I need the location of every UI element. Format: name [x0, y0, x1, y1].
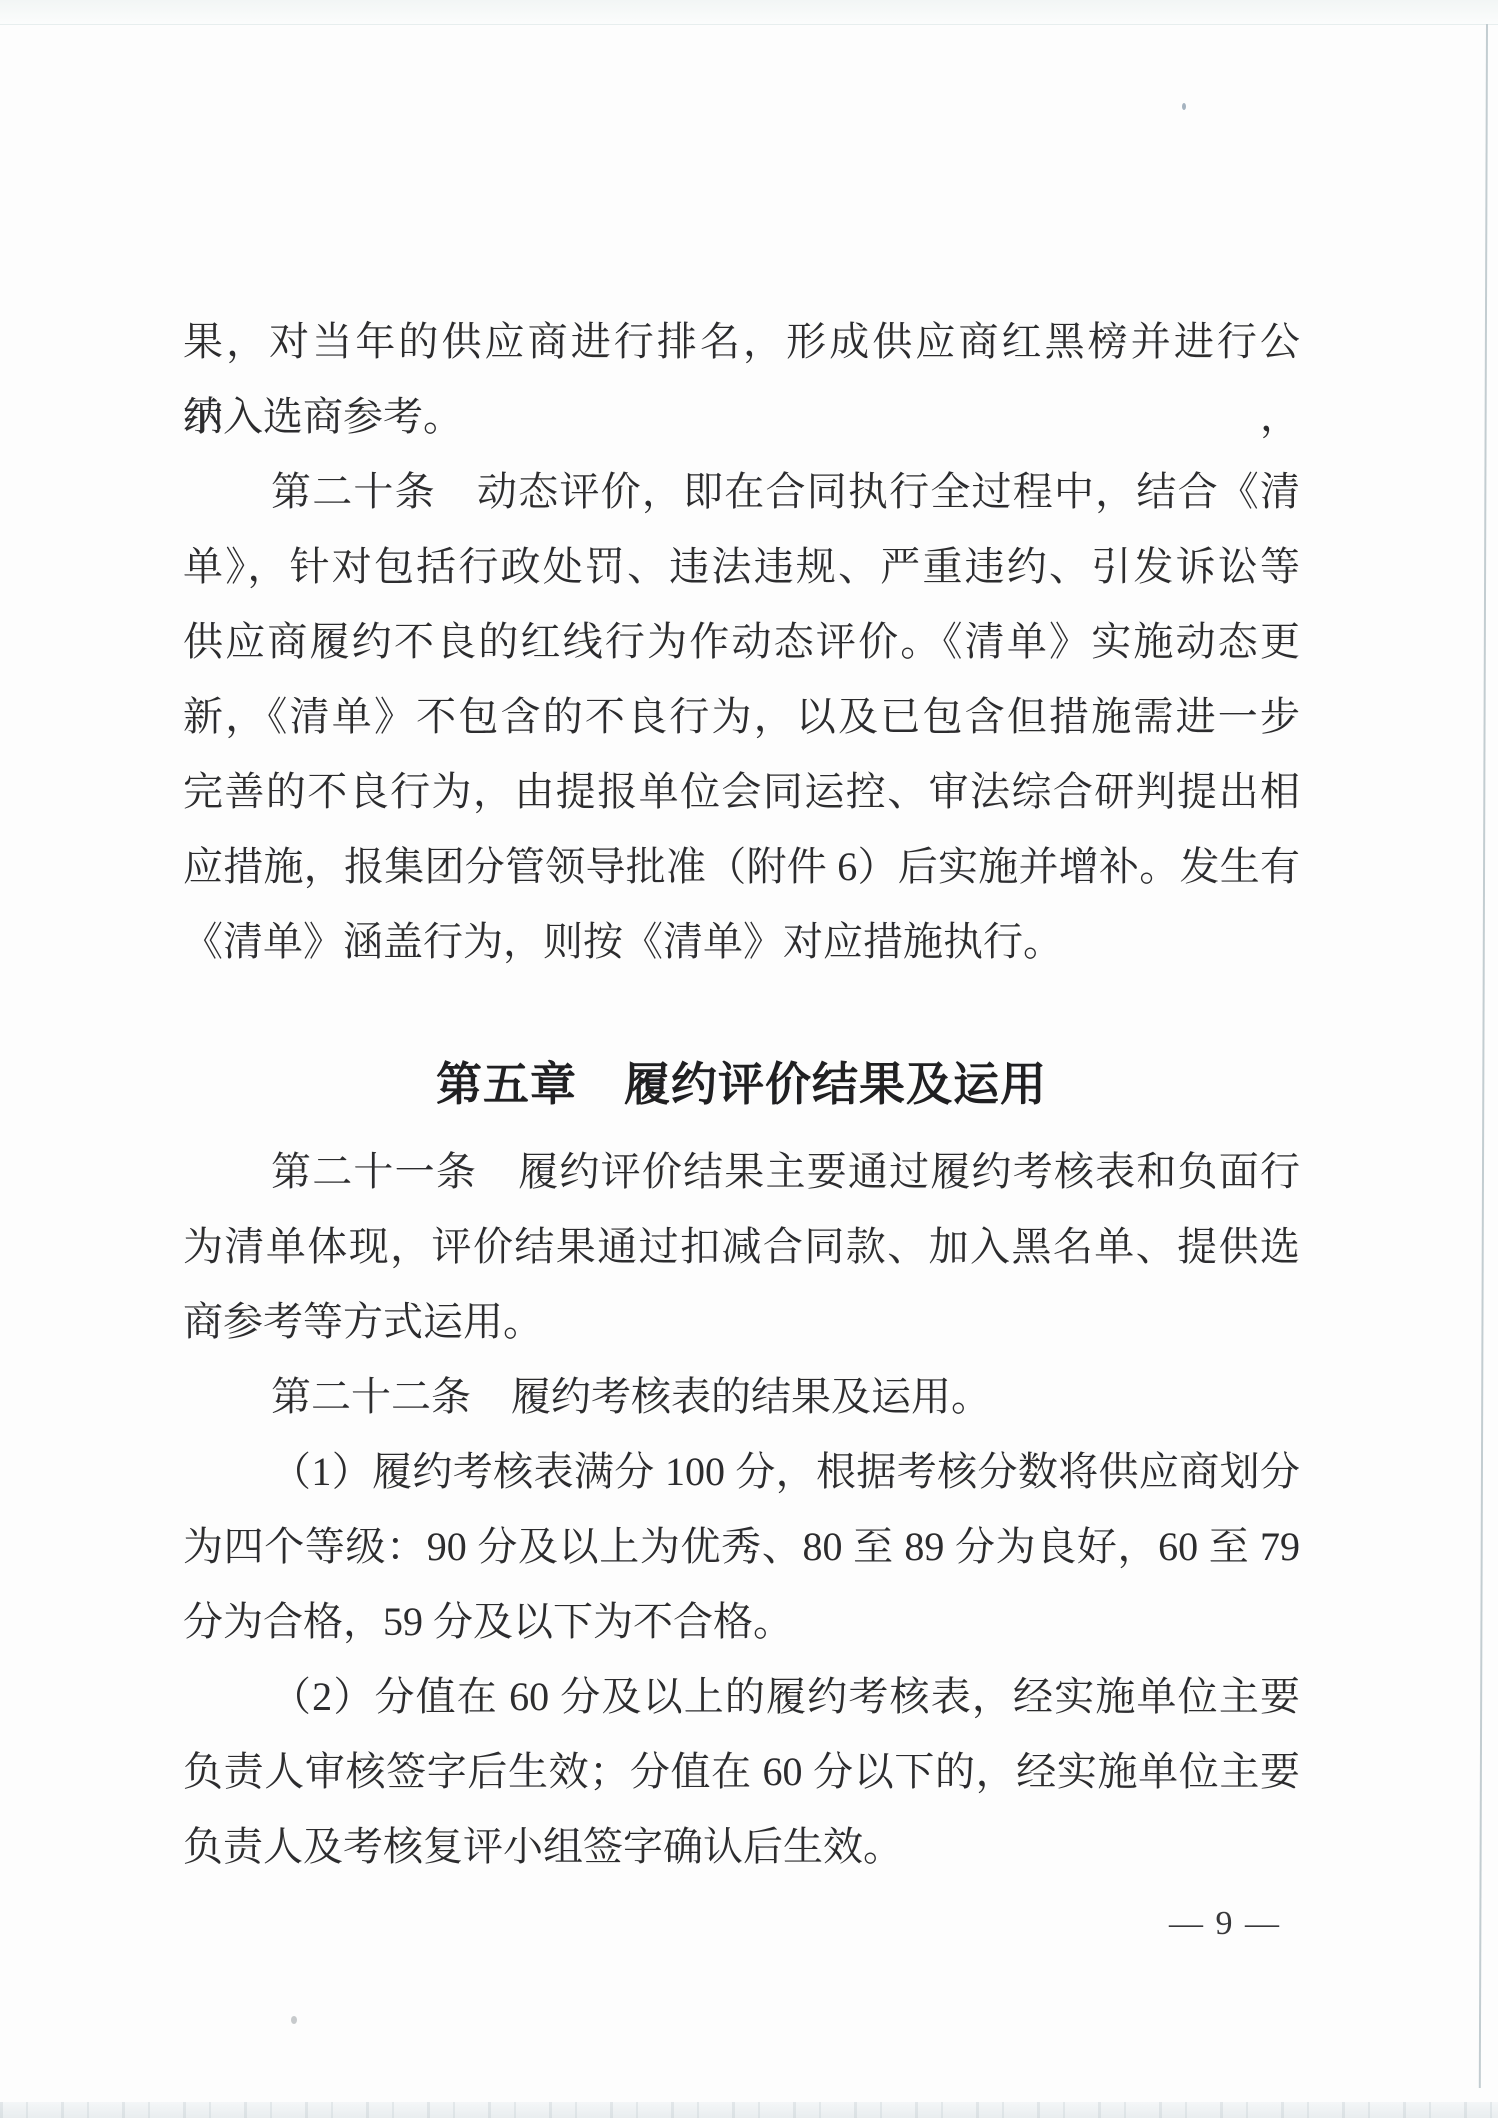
- text-line: （1）履约考核表满分 100 分，根据考核分数将供应商划分: [183, 1434, 1300, 1509]
- document-body: 果，对当年的供应商进行排名，形成供应商红黑榜并进行公示， 纳入选商参考。 第二十…: [183, 0, 1300, 2118]
- paragraph-block-1: 果，对当年的供应商进行排名，形成供应商红黑榜并进行公示， 纳入选商参考。 第二十…: [183, 304, 1300, 979]
- text-line: 第二十一条 履约评价结果主要通过履约考核表和负面行: [183, 1134, 1300, 1209]
- text-line: 应措施，报集团分管领导批准（附件 6）后实施并增补。发生有: [183, 829, 1300, 904]
- text-line: 第二十条 动态评价，即在合同执行全过程中，结合《清: [183, 454, 1300, 529]
- text-line: 《清单》涵盖行为，则按《清单》对应措施执行。: [183, 904, 1300, 979]
- text-line: （2）分值在 60 分及以上的履约考核表，经实施单位主要: [183, 1659, 1300, 1734]
- text-line: 供应商履约不良的红线行为作动态评价。《清单》实施动态更: [183, 604, 1300, 679]
- paragraph-block-2: 第二十一条 履约评价结果主要通过履约考核表和负面行 为清单体现，评价结果通过扣减…: [183, 1134, 1300, 1884]
- text-line: 第二十二条 履约考核表的结果及运用。: [183, 1359, 1300, 1434]
- text-line: 负责人及考核复评小组签字确认后生效。: [183, 1809, 1300, 1884]
- text-line: 果，对当年的供应商进行排名，形成供应商红黑榜并进行公示，: [183, 304, 1300, 379]
- text-line: 商参考等方式运用。: [183, 1284, 1300, 1359]
- text-line: 新，《清单》不包含的不良行为，以及已包含但措施需进一步: [183, 679, 1300, 754]
- chapter-heading: 第五章 履约评价结果及运用: [183, 1042, 1300, 1127]
- text-line: 为四个等级：90 分及以上为优秀、80 至 89 分为良好，60 至 79: [183, 1509, 1300, 1584]
- text-line: 单》，针对包括行政处罚、违法违规、严重违约、引发诉讼等: [183, 529, 1300, 604]
- text-line: 完善的不良行为，由提报单位会同运控、审法综合研判提出相: [183, 754, 1300, 829]
- text-line: 为清单体现，评价结果通过扣减合同款、加入黑名单、提供选: [183, 1209, 1300, 1284]
- scan-right-edge-line: [1479, 24, 1488, 2088]
- text-line: 负责人审核签字后生效；分值在 60 分以下的，经实施单位主要: [183, 1734, 1300, 1809]
- page-number: — 9 —: [1150, 1898, 1300, 1950]
- text-line: 分为合格，59 分及以下为不合格。: [183, 1584, 1300, 1659]
- scanned-document-page: 果，对当年的供应商进行排名，形成供应商红黑榜并进行公示， 纳入选商参考。 第二十…: [0, 0, 1498, 2118]
